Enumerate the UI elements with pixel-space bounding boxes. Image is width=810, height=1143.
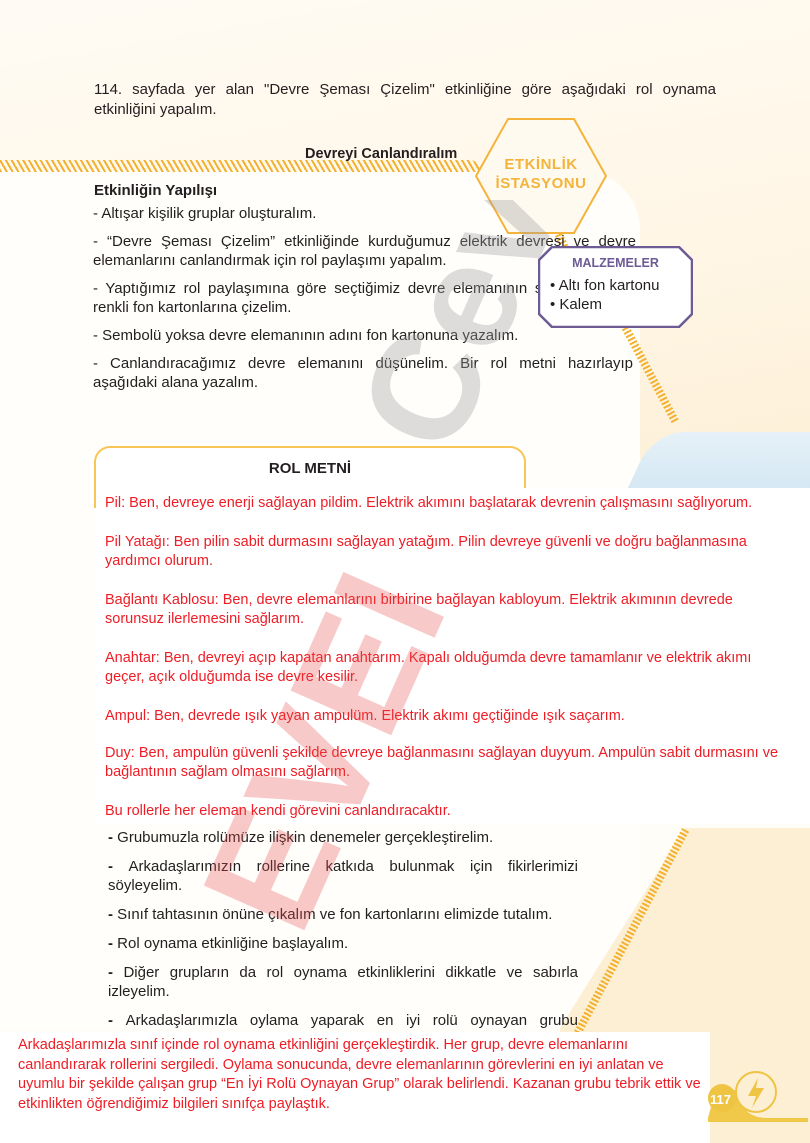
badge-line1: ETKİNLİK [474,155,608,174]
procedure-step: - Canlandıracağımız devre elemanını düşü… [93,354,633,392]
answer-anahtar: Anahtar: Ben, devreyi açıp kapatan anaht… [105,649,775,687]
answer-summary: Bu rollerle her eleman kendi görevini ca… [105,802,805,821]
materials-title: MALZEMELER [538,256,693,270]
followup-step: - Grubumuzla rolümüze ilişkin denemeler … [108,828,578,847]
answer-duy: Duy: Ben, ampulün güvenli şekilde devrey… [105,744,810,782]
followup-step: - Rol oynama etkinliğine başlayalım. [108,934,578,953]
materials-item: Altı fon kartonu [550,276,660,295]
followup-step: - Diğer grupların da rol oynama etkinlik… [108,963,578,1001]
followup-step: - Sınıf tahtasının önüne çıkalım ve fon … [108,905,578,924]
badge-line2: İSTASYONU [474,174,608,193]
procedure-step: - Altışar kişilik gruplar oluşturalım. [93,204,636,223]
procedure-step: - Sembolü yoksa devre elemanının adını f… [93,326,636,345]
materials-box: MALZEMELER Altı fon kartonu Kalem [538,246,693,328]
page-number-badge: 117 [708,1066,808,1126]
intro-text: 114. sayfada yer alan "Devre Şeması Çize… [94,80,716,120]
materials-item: Kalem [550,295,660,314]
role-answers: Pil: Ben, devreye enerji sağlayan pildim… [96,488,810,824]
conclusion-area: Arkadaşlarımızla sınıf içinde rol oynama… [0,1032,710,1143]
materials-list: Altı fon kartonu Kalem [550,276,660,314]
answer-baglanti-kablosu: Bağlantı Kablosu: Ben, devre elemanların… [105,591,765,629]
followup-step: - Arkadaşlarımızın rollerine katkıda bul… [108,857,578,895]
answer-pil: Pil: Ben, devreye enerji sağlayan pildim… [105,494,805,513]
section-title: Devreyi Canlandıralım [305,146,457,162]
answer-pil-yatagi: Pil Yatağı: Ben pilin sabit durmasını sa… [105,533,765,571]
role-text-title: ROL METNİ [96,460,524,477]
answer-ampul: Ampul: Ben, devrede ışık yayan ampulüm. … [105,707,805,726]
followup-steps: - Grubumuzla rolümüze ilişkin denemeler … [108,828,578,1059]
conclusion-text: Arkadaşlarımızla sınıf içinde rol oynama… [18,1036,708,1114]
procedure-heading: Etkinliğin Yapılışı [94,182,217,199]
page-number: 117 [710,1092,731,1107]
